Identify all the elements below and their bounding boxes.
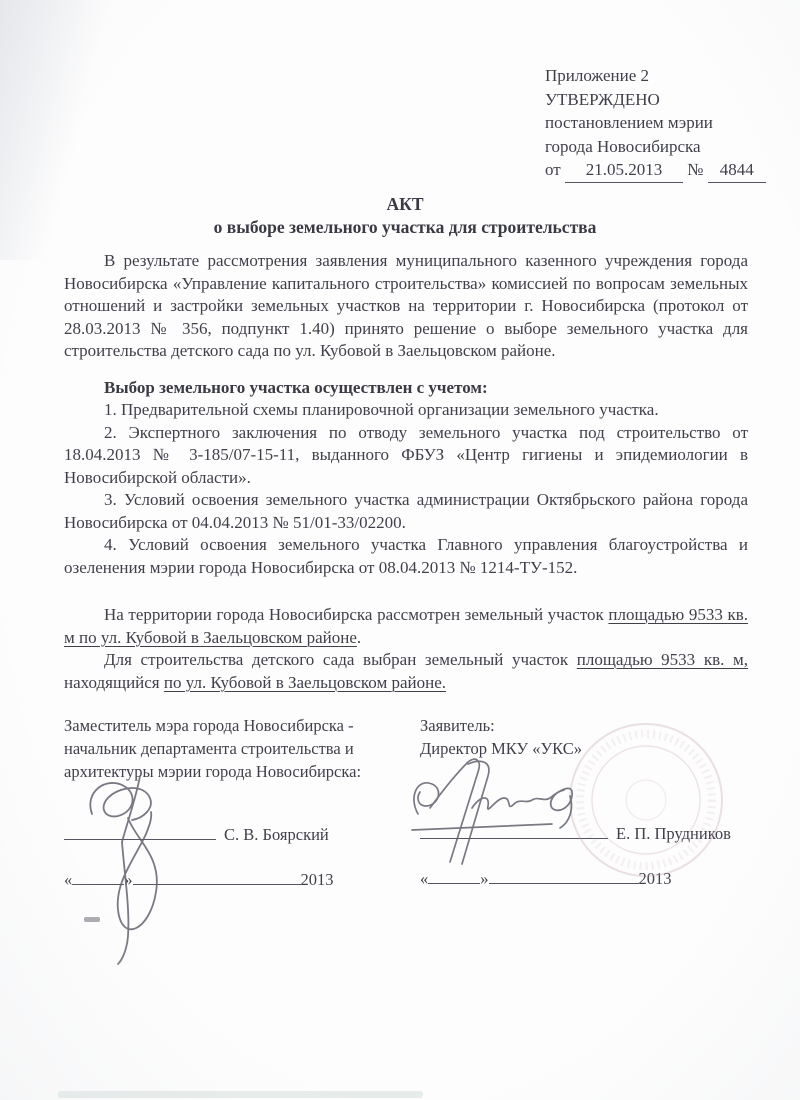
left-signer-name: С. В. Боярский [216, 825, 329, 844]
paragraph-intro: В результате рассмотрения заявления муни… [64, 250, 748, 363]
scan-dash-artifact [84, 917, 100, 922]
right-role-line: Заявитель: [420, 714, 770, 737]
approval-number-value: 4844 [708, 158, 766, 183]
approval-line: УТВЕРЖДЕНО [545, 88, 780, 112]
document-page: Приложение 2 УТВЕРЖДЕНО постановлением м… [0, 0, 800, 1100]
approval-line: Приложение 2 [545, 64, 780, 88]
plot-selected-middle: находящийся [64, 673, 164, 692]
approval-date-line: от 21.05.2013 № 4844 [545, 158, 780, 183]
list-item-4-text: 4. Условий освоения земельного участка Г… [64, 535, 748, 577]
left-signature-blank [64, 839, 216, 840]
right-role-line: Директор МКУ «УКС» [420, 737, 770, 760]
list-item-3: 3. Условий освоения земельного участка а… [64, 489, 748, 534]
plot-selected-location-underlined: по ул. Кубовой в Заельцовском районе. [164, 673, 446, 692]
left-role-line: архитектуры мэрии города Новосибирска: [64, 760, 412, 783]
document-body: В результате рассмотрения заявления муни… [64, 250, 748, 694]
right-year: 2013 [639, 869, 672, 888]
list-item-2: 2. Экспертного заключения по отводу земе… [64, 422, 748, 490]
plot-selected-prefix: Для строительства детского сада выбран з… [104, 650, 577, 669]
list-heading: Выбор земельного участка осуществлен с у… [64, 377, 748, 400]
document-subtitle: о выборе земельного участка для строител… [60, 216, 750, 239]
left-month-blank [133, 884, 301, 885]
list-item-1-text: 1. Предварительной схемы планировочной о… [104, 400, 659, 419]
approval-line: постановлением мэрии [545, 111, 780, 135]
left-quote-open: « [64, 870, 72, 889]
approval-block: Приложение 2 УТВЕРЖДЕНО постановлением м… [545, 64, 780, 183]
right-day-blank [428, 883, 480, 884]
right-quote-close: » [480, 869, 488, 888]
signature-block-right: Заявитель: Директор МКУ «УКС» Е. П. Пруд… [420, 714, 770, 890]
paragraph-plot-selected: Для строительства детского сада выбран з… [64, 649, 748, 694]
signature-block-left: Заместитель мэра города Новосибирска - н… [64, 714, 412, 891]
right-signature-blank [420, 838, 608, 839]
left-day-blank [72, 884, 124, 885]
right-signature-line: Е. П. Прудников [420, 822, 770, 845]
document-title: АКТ [60, 193, 750, 216]
right-quote-open: « [420, 869, 428, 888]
list-heading-text: Выбор земельного участка осуществлен с у… [104, 378, 488, 397]
approval-line: города Новосибирска [545, 135, 780, 159]
left-date-line: «»2013 [64, 868, 412, 891]
left-signature-line: С. В. Боярский [64, 823, 412, 846]
document-title-block: АКТ о выборе земельного участка для стро… [60, 193, 750, 239]
list-item-3-text: 3. Условий освоения земельного участка а… [64, 490, 748, 532]
right-month-blank [489, 883, 639, 884]
approval-date-value: 21.05.2013 [565, 158, 683, 183]
plot-selected-area-underlined: площадью 9533 кв. м, [577, 650, 748, 669]
list-item-4: 4. Условий освоения земельного участка Г… [64, 534, 748, 579]
paragraph-intro-text: В результате рассмотрения заявления муни… [64, 251, 748, 360]
left-role-line: начальник департамента строительства и [64, 737, 412, 760]
list-item-2-text: 2. Экспертного заключения по отводу земе… [64, 423, 748, 487]
scan-smudge-artifact [58, 1091, 423, 1098]
plot-considered-suffix: . [357, 628, 361, 647]
left-quote-close: » [124, 870, 132, 889]
paragraph-plot-considered: На территории города Новосибирска рассмо… [64, 604, 748, 649]
approval-number-sign: № [687, 160, 703, 179]
plot-considered-prefix: На территории города Новосибирска рассмо… [104, 605, 608, 624]
left-role-line: Заместитель мэра города Новосибирска - [64, 714, 412, 737]
left-year: 2013 [301, 870, 334, 889]
right-date-line: «»2013 [420, 867, 770, 890]
approval-date-prefix: от [545, 160, 561, 179]
list-item-1: 1. Предварительной схемы планировочной о… [64, 399, 748, 422]
right-signer-name: Е. П. Прудников [608, 824, 731, 843]
